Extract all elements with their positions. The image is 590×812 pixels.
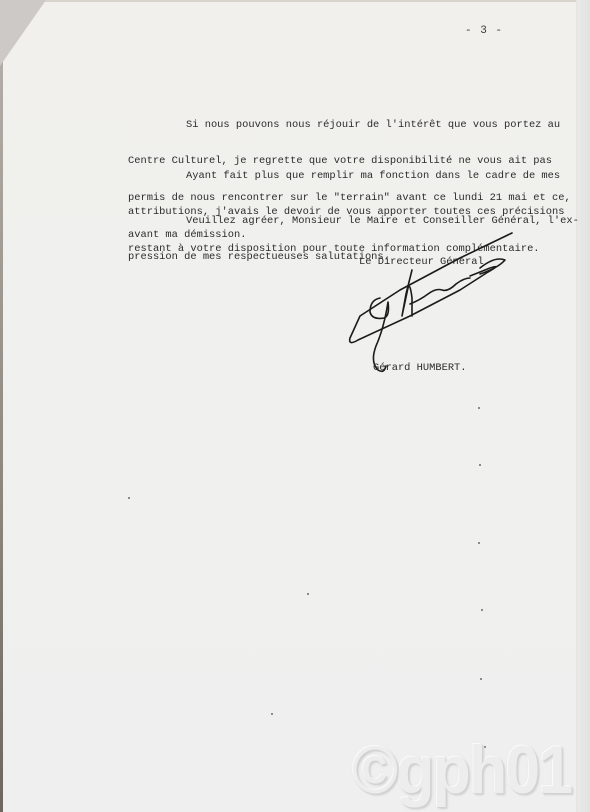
- folded-corner: [0, 0, 46, 66]
- scanned-letter-page: - 3 - Si nous pouvons nous réjouir de l'…: [0, 0, 590, 812]
- page-top-edge: [40, 0, 590, 2]
- scan-speck: [478, 542, 480, 544]
- page-left-edge: [0, 0, 3, 812]
- copyright-watermark: ©gph01: [352, 736, 571, 804]
- scan-speck: [128, 497, 130, 499]
- text-line: Si nous pouvons nous réjouir de l'intérê…: [128, 119, 558, 131]
- text-line: Veuillez agréer, Monsieur le Maire et Co…: [128, 215, 558, 227]
- page-number: - 3 -: [465, 25, 503, 37]
- scan-speck: [479, 464, 481, 466]
- signatory-name: Gérard HUMBERT.: [373, 362, 467, 374]
- scan-speck: [271, 713, 273, 715]
- text-line: Ayant fait plus que remplir ma fonction …: [128, 170, 558, 182]
- scan-speck: [307, 593, 309, 595]
- scan-speck: [481, 609, 483, 611]
- page-right-edge: [576, 0, 590, 812]
- scan-speck: [480, 678, 482, 680]
- handwritten-signature-icon: [340, 228, 530, 378]
- scan-speck: [478, 407, 480, 409]
